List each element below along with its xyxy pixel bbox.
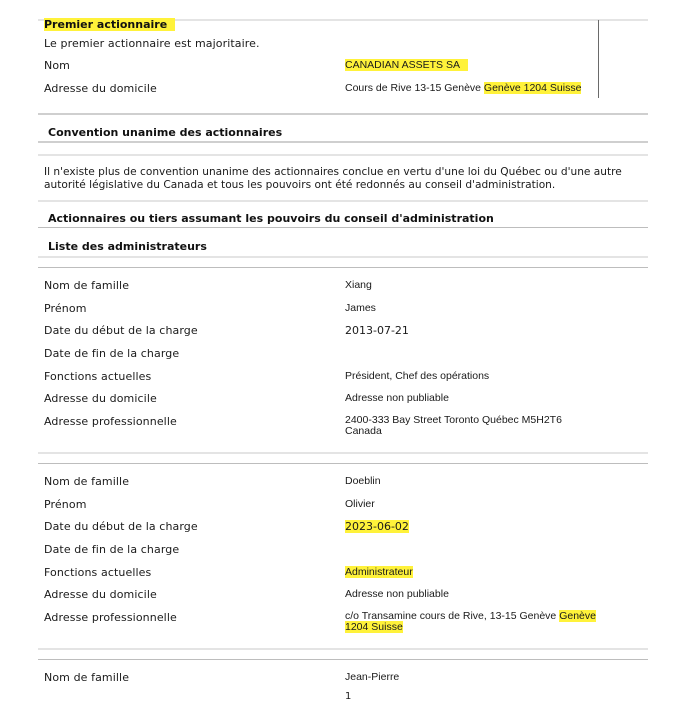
value-adresse-domicile: Adresse non publiable: [345, 588, 449, 600]
label-prenom: Prénom: [44, 498, 87, 511]
label-fonctions: Fonctions actuelles: [44, 566, 151, 579]
section-heading-convention: Convention unanime des actionnaires: [48, 126, 282, 139]
field-value-nom: CANADIAN ASSETS SA: [345, 59, 468, 71]
document-page: Premier actionnaire Le premier actionnai…: [0, 0, 694, 713]
value-date-debut: 2023-06-02: [345, 520, 409, 533]
value-adresse-domicile: Adresse non publiable: [345, 392, 449, 404]
label-nom-de-famille: Nom de famille: [44, 475, 129, 488]
section-heading-administrateurs: Liste des administrateurs: [48, 240, 207, 253]
page-number: 1: [345, 691, 351, 702]
label-date-fin: Date de fin de la charge: [44, 347, 179, 360]
majority-note: Le premier actionnaire est majoritaire.: [44, 37, 260, 50]
label-adresse-domicile: Adresse du domicile: [44, 392, 157, 405]
value-date-debut: 2013-07-21: [345, 324, 409, 337]
label-adresse-professionnelle: Adresse professionnelle: [44, 415, 177, 428]
divider: [38, 141, 648, 143]
divider: [38, 463, 648, 464]
value-prenom: Olivier: [345, 498, 375, 510]
label-adresse-professionnelle: Adresse professionnelle: [44, 611, 177, 624]
divider: [38, 659, 648, 660]
field-value-adresse-domicile: Cours de Rive 13-15 Genève Genève 1204 S…: [345, 82, 581, 94]
value-nom-de-famille: Xiang: [345, 279, 372, 291]
label-date-fin: Date de fin de la charge: [44, 543, 179, 556]
label-fonctions: Fonctions actuelles: [44, 370, 151, 383]
label-date-debut: Date du début de la charge: [44, 324, 198, 337]
divider: [38, 452, 648, 454]
section-heading-premier-actionnaire: Premier actionnaire: [44, 18, 175, 31]
label-nom-de-famille: Nom de famille: [44, 671, 129, 684]
label-prenom: Prénom: [44, 302, 87, 315]
divider: [38, 648, 648, 650]
divider: [38, 200, 648, 202]
field-label-nom: Nom: [44, 59, 70, 72]
column-border: [598, 20, 599, 98]
value-prenom: James: [345, 302, 376, 314]
divider: [38, 267, 648, 268]
section-heading-actionnaires-tiers: Actionnaires ou tiers assumant les pouvo…: [48, 212, 494, 225]
label-adresse-domicile: Adresse du domicile: [44, 588, 157, 601]
value-nom-de-famille: Jean-Pierre: [345, 671, 399, 683]
label-nom-de-famille: Nom de famille: [44, 279, 129, 292]
divider: [38, 256, 648, 258]
field-label-adresse-domicile: Adresse du domicile: [44, 82, 157, 95]
value-fonctions: Président, Chef des opérations: [345, 370, 489, 382]
value-nom-de-famille: Doeblin: [345, 475, 381, 487]
value-adresse-professionnelle: 2400-333 Bay Street Toronto Québec M5H2T…: [345, 415, 562, 437]
divider: [38, 113, 648, 115]
divider: [38, 154, 648, 156]
convention-text: Il n'existe plus de convention unanime d…: [44, 166, 644, 192]
value-adresse-professionnelle: c/o Transamine cours de Rive, 13-15 Genè…: [345, 611, 596, 633]
divider: [38, 227, 648, 228]
value-fonctions: Administrateur: [345, 566, 413, 578]
label-date-debut: Date du début de la charge: [44, 520, 198, 533]
